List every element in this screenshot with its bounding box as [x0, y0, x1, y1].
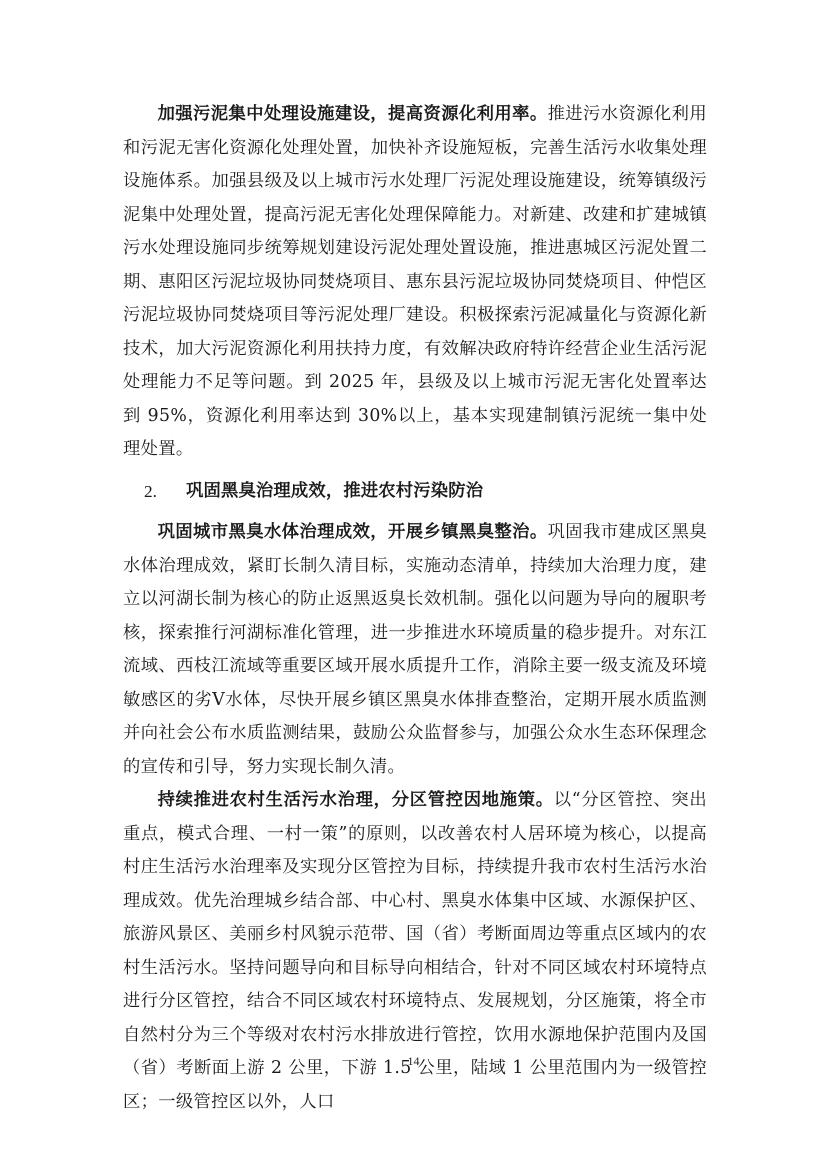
- section-title: 巩固黑臭治理成效，推进农村污染防治: [186, 475, 483, 509]
- spacer: [123, 508, 707, 516]
- paragraph-lead-heading: 持续推进农村生活污水治理，分区管控因地施策。: [158, 790, 554, 810]
- paragraph-body: 巩固我市建成区黑臭水体治理成效，紧盯长制久清目标，实施动态清单，持续加大治理力度…: [123, 522, 707, 777]
- paragraph-lead-heading: 加强污泥集中处理设施建设，提高资源化利用率。: [158, 104, 548, 124]
- spacer: [123, 467, 707, 475]
- paragraph-sludge-facilities: 加强污泥集中处理设施建设，提高资源化利用率。推进污水资源化利用和污泥无害化资源化…: [123, 98, 707, 467]
- paragraph-black-odorous-water: 巩固城市黑臭水体治理成效，开展乡镇黑臭整治。巩固我市建成区黑臭水体治理成效，紧盯…: [123, 516, 707, 784]
- paragraph-lead-heading: 巩固城市黑臭水体治理成效，开展乡镇黑臭整治。: [158, 522, 548, 542]
- page-number: 14: [0, 1054, 827, 1069]
- document-page: 加强污泥集中处理设施建设，提高资源化利用率。推进污水资源化利用和污泥无害化资源化…: [123, 98, 707, 1119]
- section-number: 2.: [144, 475, 157, 509]
- section-heading: 2. 巩固黑臭治理成效，推进农村污染防治: [123, 475, 707, 509]
- paragraph-body: 推进污水资源化利用和污泥无害化资源化处理处置，加快补齐设施短板，完善生活污水收集…: [123, 104, 707, 459]
